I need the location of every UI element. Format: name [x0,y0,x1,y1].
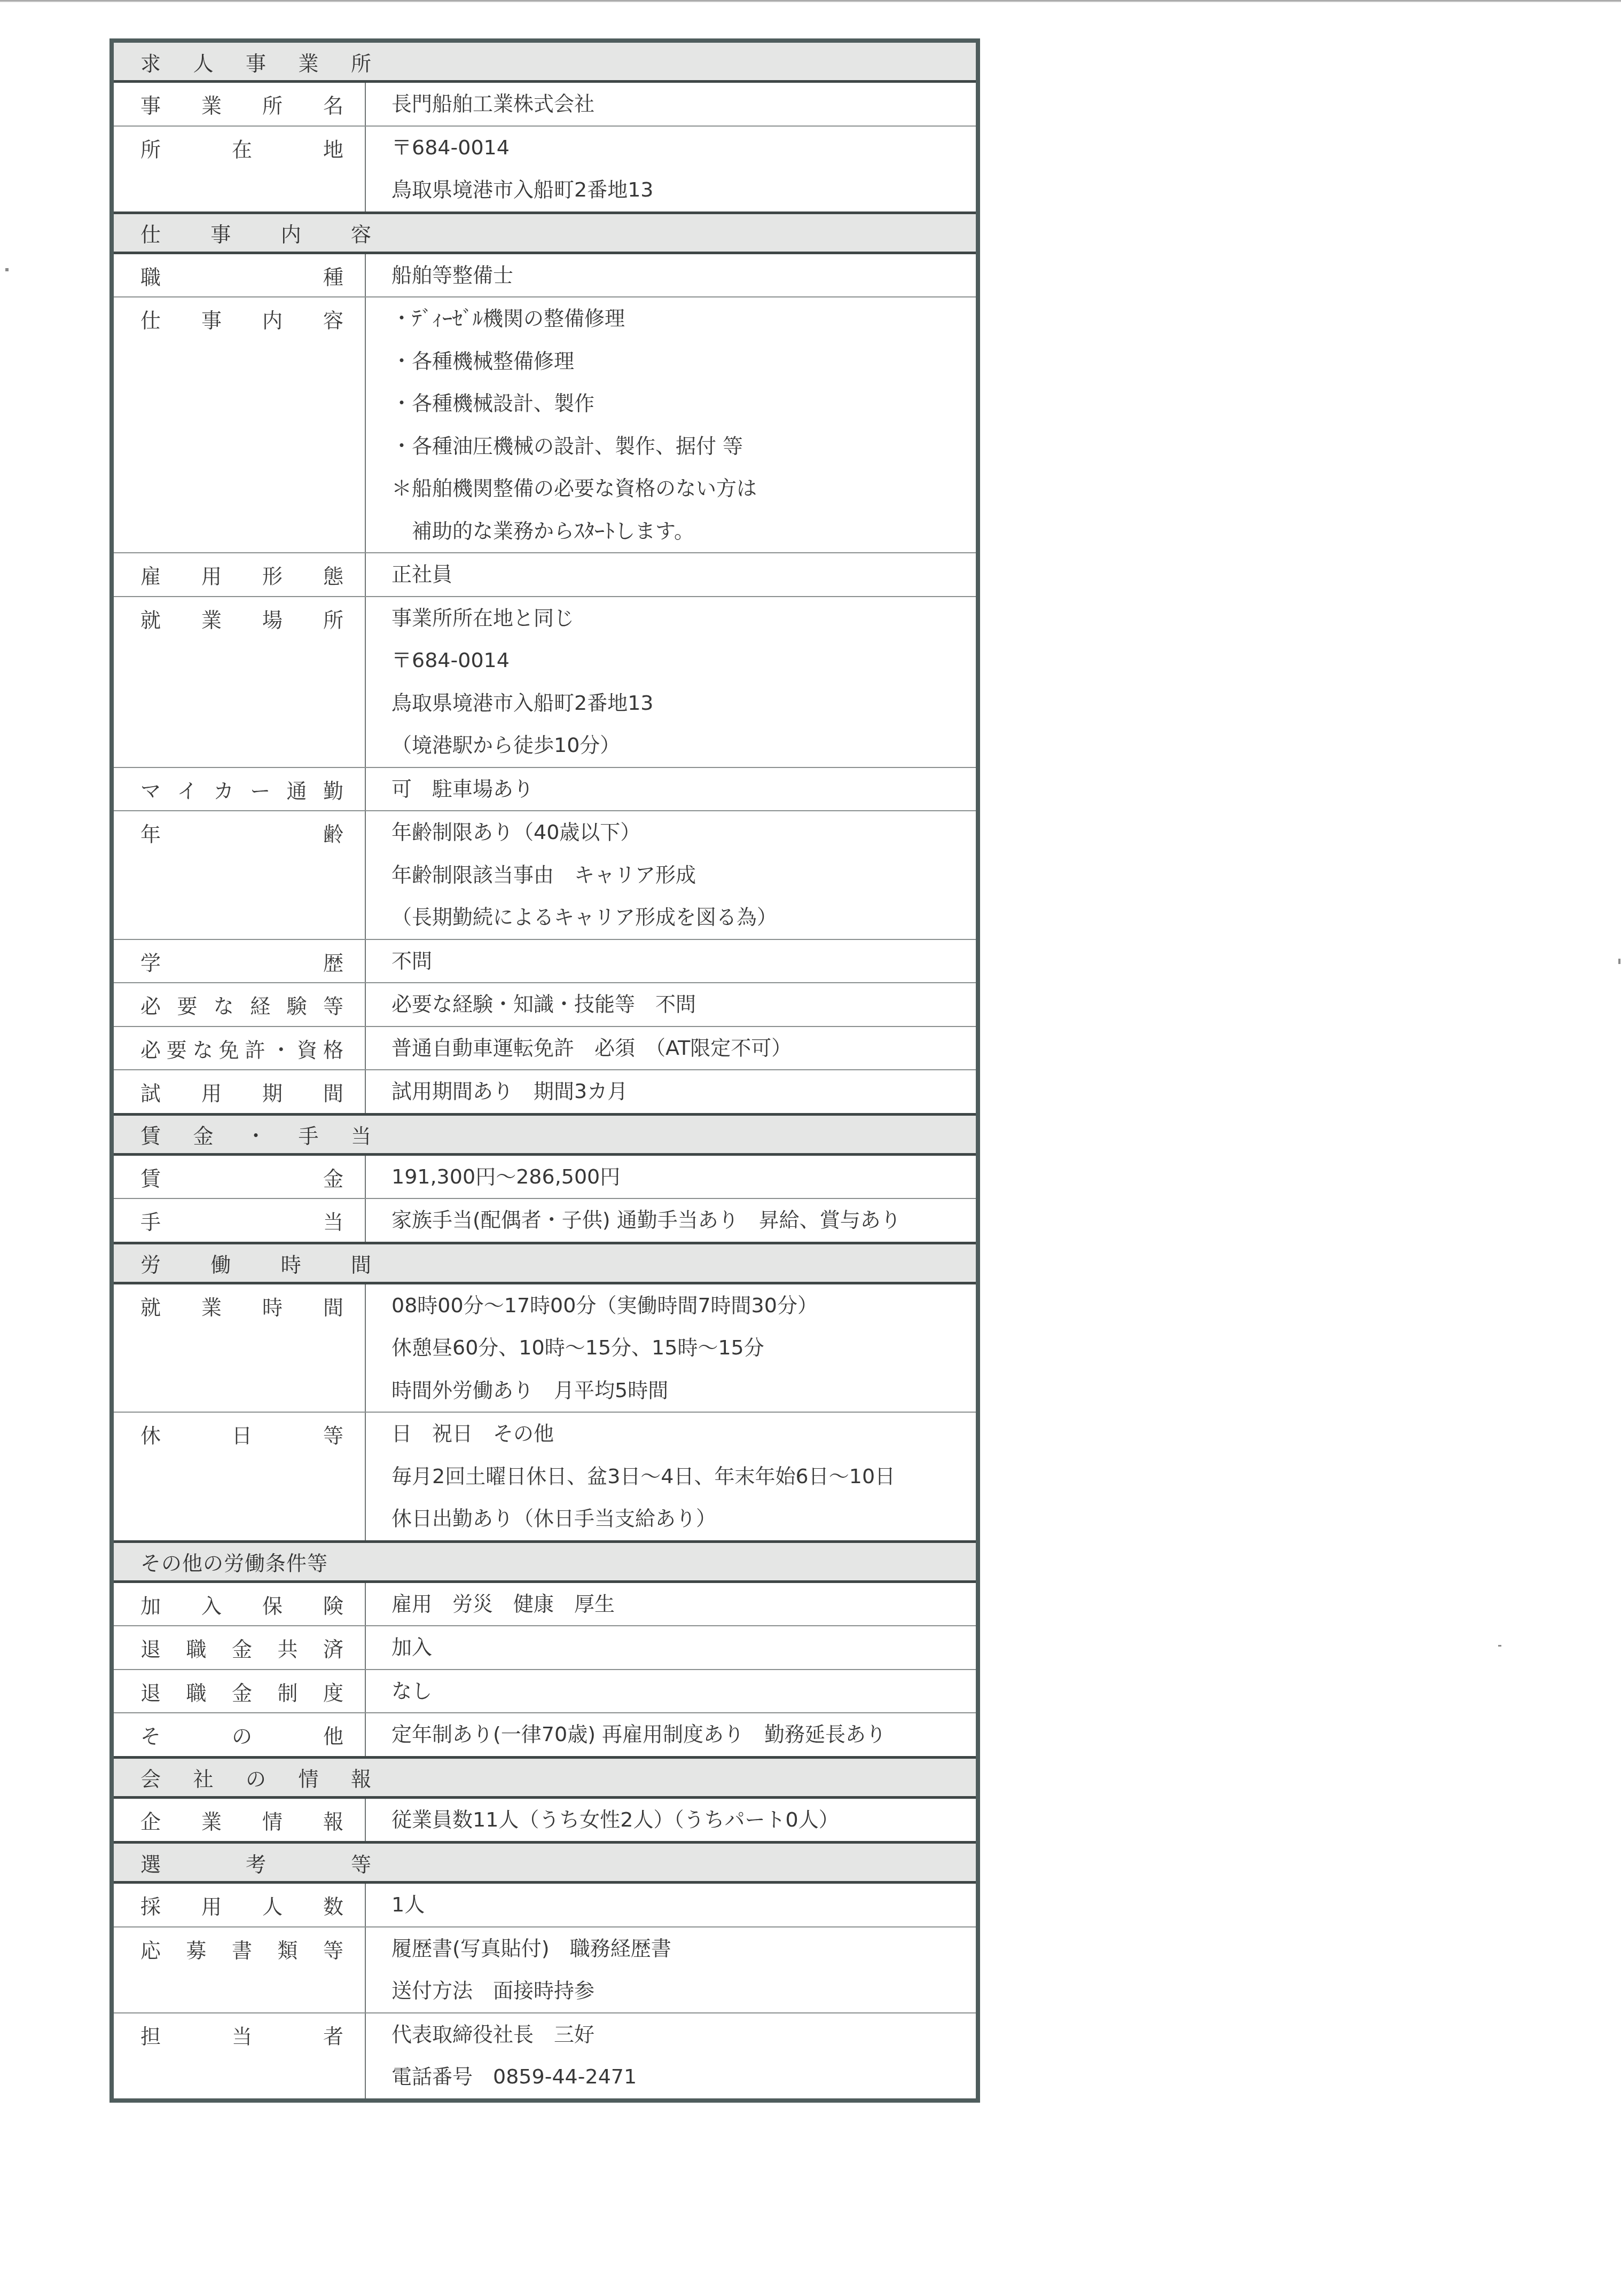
row-value-line: 補助的な業務からｽﾀｰﾄします。 [391,510,976,553]
row-label: 就業時間 [140,1284,343,1327]
table-row: 企業情報従業員数11人（うち女性2人）（うちパート0人） [114,1799,976,1841]
row-value-line: 家族手当(配偶者・子供) 通勤手当あり 昇給、賞与あり [391,1199,976,1242]
row-value-line: 普通自動車運転免許 必須 （AT限定不可） [391,1027,976,1070]
row-label: 必要な免許・資格 [140,1027,343,1069]
row-value-line: 〒684-0014 [391,639,976,682]
row-value-cell: 普通自動車運転免許 必須 （AT限定不可） [366,1027,976,1070]
row-value-line: 雇用 労災 健康 厚生 [391,1583,976,1626]
row-label: 退職金共済 [140,1626,343,1668]
table-row: 就業時間08時00分～17時00分（実働時間7時間30分）休憩昼60分、10時～… [114,1284,976,1413]
table-row: 休日等日 祝日 その他毎月2回土曜日休日、盆3日～4日、年末年始6日～10日休日… [114,1413,976,1540]
row-value-line: ・各種機械設計、製作 [391,382,976,425]
row-value-line: 休憩昼60分、10時～15分、15時～15分 [391,1327,976,1369]
row-value-line: 送付方法 面接時持参 [391,1970,976,2012]
row-value-line: 加入 [391,1626,976,1669]
row-label: 試用期間 [140,1070,343,1112]
row-label-cell: 年齢 [114,811,366,939]
row-value-cell: 191,300円～286,500円 [366,1156,976,1198]
row-label: 休日等 [140,1413,343,1455]
row-value-line: 正社員 [391,553,976,596]
section-header-selection: 選考等 [114,1841,976,1884]
row-value-line: ＊船舶機関整備の必要な資格のない方は [391,467,976,510]
row-label-cell: 所在地 [114,127,366,211]
row-label-cell: マイカー通勤 [114,768,366,811]
section-header-employer: 求人事業所 [114,43,976,83]
table-row: 必要な免許・資格普通自動車運転免許 必須 （AT限定不可） [114,1027,976,1071]
table-row: 担当者代表取締役社長 三好電話番号 0859-44-2471 [114,2013,976,2098]
scan-speck [1618,959,1620,964]
row-value-line: 従業員数11人（うち女性2人）（うちパート0人） [391,1799,976,1841]
row-label: 必要な経験等 [140,983,343,1025]
section-title: 仕事内容 [140,218,371,247]
row-value-line: 〒684-0014 [391,127,976,169]
row-label-cell: 必要な経験等 [114,983,366,1026]
row-label: 学歴 [140,940,343,982]
row-label: 就業場所 [140,597,343,639]
row-label-cell: 職種 [114,254,366,297]
row-value-line: 時間外労働あり 月平均5時間 [391,1369,976,1412]
row-value-cell: 定年制あり(一律70歳) 再雇用制度あり 勤務延長あり [366,1713,976,1756]
section-title: 労働時間 [140,1248,371,1278]
table-row: 所在地〒684-0014鳥取県境港市入船町2番地13 [114,127,976,211]
table-row: 応募書類等履歴書(写真貼付) 職務経歴書送付方法 面接時持参 [114,1927,976,2013]
section-title: その他の労働条件等 [140,1547,371,1576]
row-value-line: 休日出勤あり（休日手当支給あり） [391,1498,976,1540]
row-label-cell: 退職金制度 [114,1670,366,1713]
row-value-line: 可 駐車場あり [391,768,976,811]
row-value-cell: なし [366,1670,976,1713]
page-top-edge [0,0,1621,2]
row-label: 採用人数 [140,1884,343,1926]
scan-speck [5,268,9,271]
row-label-cell: 休日等 [114,1413,366,1540]
row-value-line: 毎月2回土曜日休日、盆3日～4日、年末年始6日～10日 [391,1455,976,1498]
row-value-cell: 1人 [366,1884,976,1926]
table-row: 試用期間試用期間あり 期間3カ月 [114,1070,976,1113]
row-label-cell: 就業場所 [114,597,366,767]
table-row: 賃金191,300円～286,500円 [114,1156,976,1200]
section-header-job: 仕事内容 [114,211,976,254]
row-label-cell: 仕事内容 [114,297,366,552]
table-row: 雇用形態正社員 [114,553,976,597]
section-title: 賃金・手当 [140,1119,371,1149]
section-header-company: 会社の情報 [114,1756,976,1799]
row-value-line: 日 祝日 その他 [391,1413,976,1455]
section-title: 求人事業所 [140,47,371,76]
section-header-other_conditions: その他の労働条件等 [114,1540,976,1583]
table-row: 手当家族手当(配偶者・子供) 通勤手当あり 昇給、賞与あり [114,1199,976,1242]
row-value-line: 代表取締役社長 三好 [391,2013,976,2056]
row-value-cell: 雇用 労災 健康 厚生 [366,1583,976,1626]
row-label-cell: 採用人数 [114,1884,366,1926]
table-row: マイカー通勤可 駐車場あり [114,768,976,812]
row-label: 仕事内容 [140,297,343,340]
row-label: 応募書類等 [140,1927,343,1970]
row-label: 事業所名 [140,83,343,125]
scan-speck [1498,1645,1501,1647]
row-label-cell: 学歴 [114,940,366,983]
row-label: その他 [140,1713,343,1756]
row-label: 退職金制度 [140,1670,343,1712]
row-value-line: 履歴書(写真貼付) 職務経歴書 [391,1927,976,1970]
table-row: 採用人数1人 [114,1884,976,1927]
row-label: 加入保険 [140,1583,343,1625]
row-label: 賃金 [140,1156,343,1198]
row-value-cell: ・ﾃﾞｨｰｾﾞﾙ機関の整備修理・各種機械整備修理・各種機械設計、製作・各種油圧機… [366,297,976,552]
table-row: 職種船舶等整備士 [114,254,976,298]
section-title: 会社の情報 [140,1762,371,1792]
row-value-cell: 年齢制限あり（40歳以下）年齢制限該当事由 キャリア形成（長期勤続によるキャリア… [366,811,976,939]
table-row: 就業場所事業所所在地と同じ〒684-0014鳥取県境港市入船町2番地13（境港駅… [114,597,976,768]
row-value-line: 試用期間あり 期間3カ月 [391,1070,976,1113]
table-row: その他定年制あり(一律70歳) 再雇用制度あり 勤務延長あり [114,1713,976,1756]
row-value-line: 1人 [391,1884,976,1926]
row-value-cell: 試用期間あり 期間3カ月 [366,1070,976,1113]
row-value-cell: 可 駐車場あり [366,768,976,811]
row-value-cell: 船舶等整備士 [366,254,976,297]
row-value-line: 鳥取県境港市入船町2番地13 [391,169,976,211]
table-row: 退職金共済加入 [114,1626,976,1670]
table-row: 退職金制度なし [114,1670,976,1714]
row-label-cell: 必要な免許・資格 [114,1027,366,1070]
row-label: 雇用形態 [140,553,343,595]
row-value-cell: 家族手当(配偶者・子供) 通勤手当あり 昇給、賞与あり [366,1199,976,1242]
table-row: 仕事内容・ﾃﾞｨｰｾﾞﾙ機関の整備修理・各種機械整備修理・各種機械設計、製作・各… [114,297,976,553]
row-label: 担当者 [140,2013,343,2056]
row-label-cell: 加入保険 [114,1583,366,1626]
section-header-wages: 賃金・手当 [114,1113,976,1156]
row-value-cell: 不問 [366,940,976,983]
row-label-cell: その他 [114,1713,366,1756]
row-label: 手当 [140,1199,343,1241]
row-value-cell: 正社員 [366,553,976,596]
row-value-line: なし [391,1670,976,1713]
table-row: 学歴不問 [114,940,976,984]
row-value-line: （長期勤続によるキャリア形成を図る為） [391,896,976,939]
row-label: 職種 [140,254,343,296]
row-value-line: 長門船舶工業株式会社 [391,83,976,126]
row-label: マイカー通勤 [140,768,343,810]
row-label-cell: 退職金共済 [114,1626,366,1669]
row-value-line: 年齢制限あり（40歳以下） [391,811,976,854]
row-value-cell: 長門船舶工業株式会社 [366,83,976,126]
row-value-line: 定年制あり(一律70歳) 再雇用制度あり 勤務延長あり [391,1713,976,1756]
row-label-cell: 就業時間 [114,1284,366,1412]
row-label-cell: 賃金 [114,1156,366,1198]
row-label-cell: 雇用形態 [114,553,366,596]
row-value-cell: 加入 [366,1626,976,1669]
row-value-line: （境港駅から徒歩10分） [391,724,976,767]
row-value-line: 必要な経験・知識・技能等 不問 [391,983,976,1026]
row-value-line: ・ﾃﾞｨｰｾﾞﾙ機関の整備修理 [391,297,976,340]
table-row: 事業所名長門船舶工業株式会社 [114,83,976,127]
row-value-line: 191,300円～286,500円 [391,1156,976,1198]
row-value-line: 船舶等整備士 [391,254,976,297]
row-label-cell: 担当者 [114,2013,366,2098]
row-value-cell: 日 祝日 その他毎月2回土曜日休日、盆3日～4日、年末年始6日～10日休日出勤あ… [366,1413,976,1540]
row-label-cell: 手当 [114,1199,366,1242]
row-value-line: ・各種油圧機械の設計、製作、据付 等 [391,425,976,468]
row-label: 企業情報 [140,1799,343,1841]
row-value-cell: 事業所所在地と同じ〒684-0014鳥取県境港市入船町2番地13（境港駅から徒歩… [366,597,976,767]
row-value-line: 鳥取県境港市入船町2番地13 [391,682,976,725]
row-label: 年齢 [140,811,343,853]
row-value-line: ・各種機械整備修理 [391,340,976,383]
row-label-cell: 事業所名 [114,83,366,126]
section-title: 選考等 [140,1848,371,1877]
table-row: 年齢年齢制限あり（40歳以下）年齢制限該当事由 キャリア形成（長期勤続によるキャ… [114,811,976,940]
row-value-line: 08時00分～17時00分（実働時間7時間30分） [391,1284,976,1327]
row-value-cell: 08時00分～17時00分（実働時間7時間30分）休憩昼60分、10時～15分、… [366,1284,976,1412]
row-value-line: 年齢制限該当事由 キャリア形成 [391,854,976,897]
table-row: 必要な経験等必要な経験・知識・技能等 不問 [114,983,976,1027]
row-value-line: 電話番号 0859-44-2471 [391,2056,976,2098]
row-value-cell: 〒684-0014鳥取県境港市入船町2番地13 [366,127,976,211]
table-row: 加入保険雇用 労災 健康 厚生 [114,1583,976,1627]
row-label-cell: 企業情報 [114,1799,366,1841]
job-listing-table: 求人事業所事業所名長門船舶工業株式会社所在地〒684-0014鳥取県境港市入船町… [109,38,980,2103]
row-value-cell: 履歴書(写真貼付) 職務経歴書送付方法 面接時持参 [366,1927,976,2012]
row-label: 所在地 [140,127,343,169]
row-value-line: 不問 [391,940,976,983]
row-value-cell: 代表取締役社長 三好電話番号 0859-44-2471 [366,2013,976,2098]
row-value-line: 事業所所在地と同じ [391,597,976,640]
row-label-cell: 応募書類等 [114,1927,366,2012]
row-label-cell: 試用期間 [114,1070,366,1113]
row-value-cell: 必要な経験・知識・技能等 不問 [366,983,976,1026]
row-value-cell: 従業員数11人（うち女性2人）（うちパート0人） [366,1799,976,1841]
section-header-hours: 労働時間 [114,1242,976,1284]
